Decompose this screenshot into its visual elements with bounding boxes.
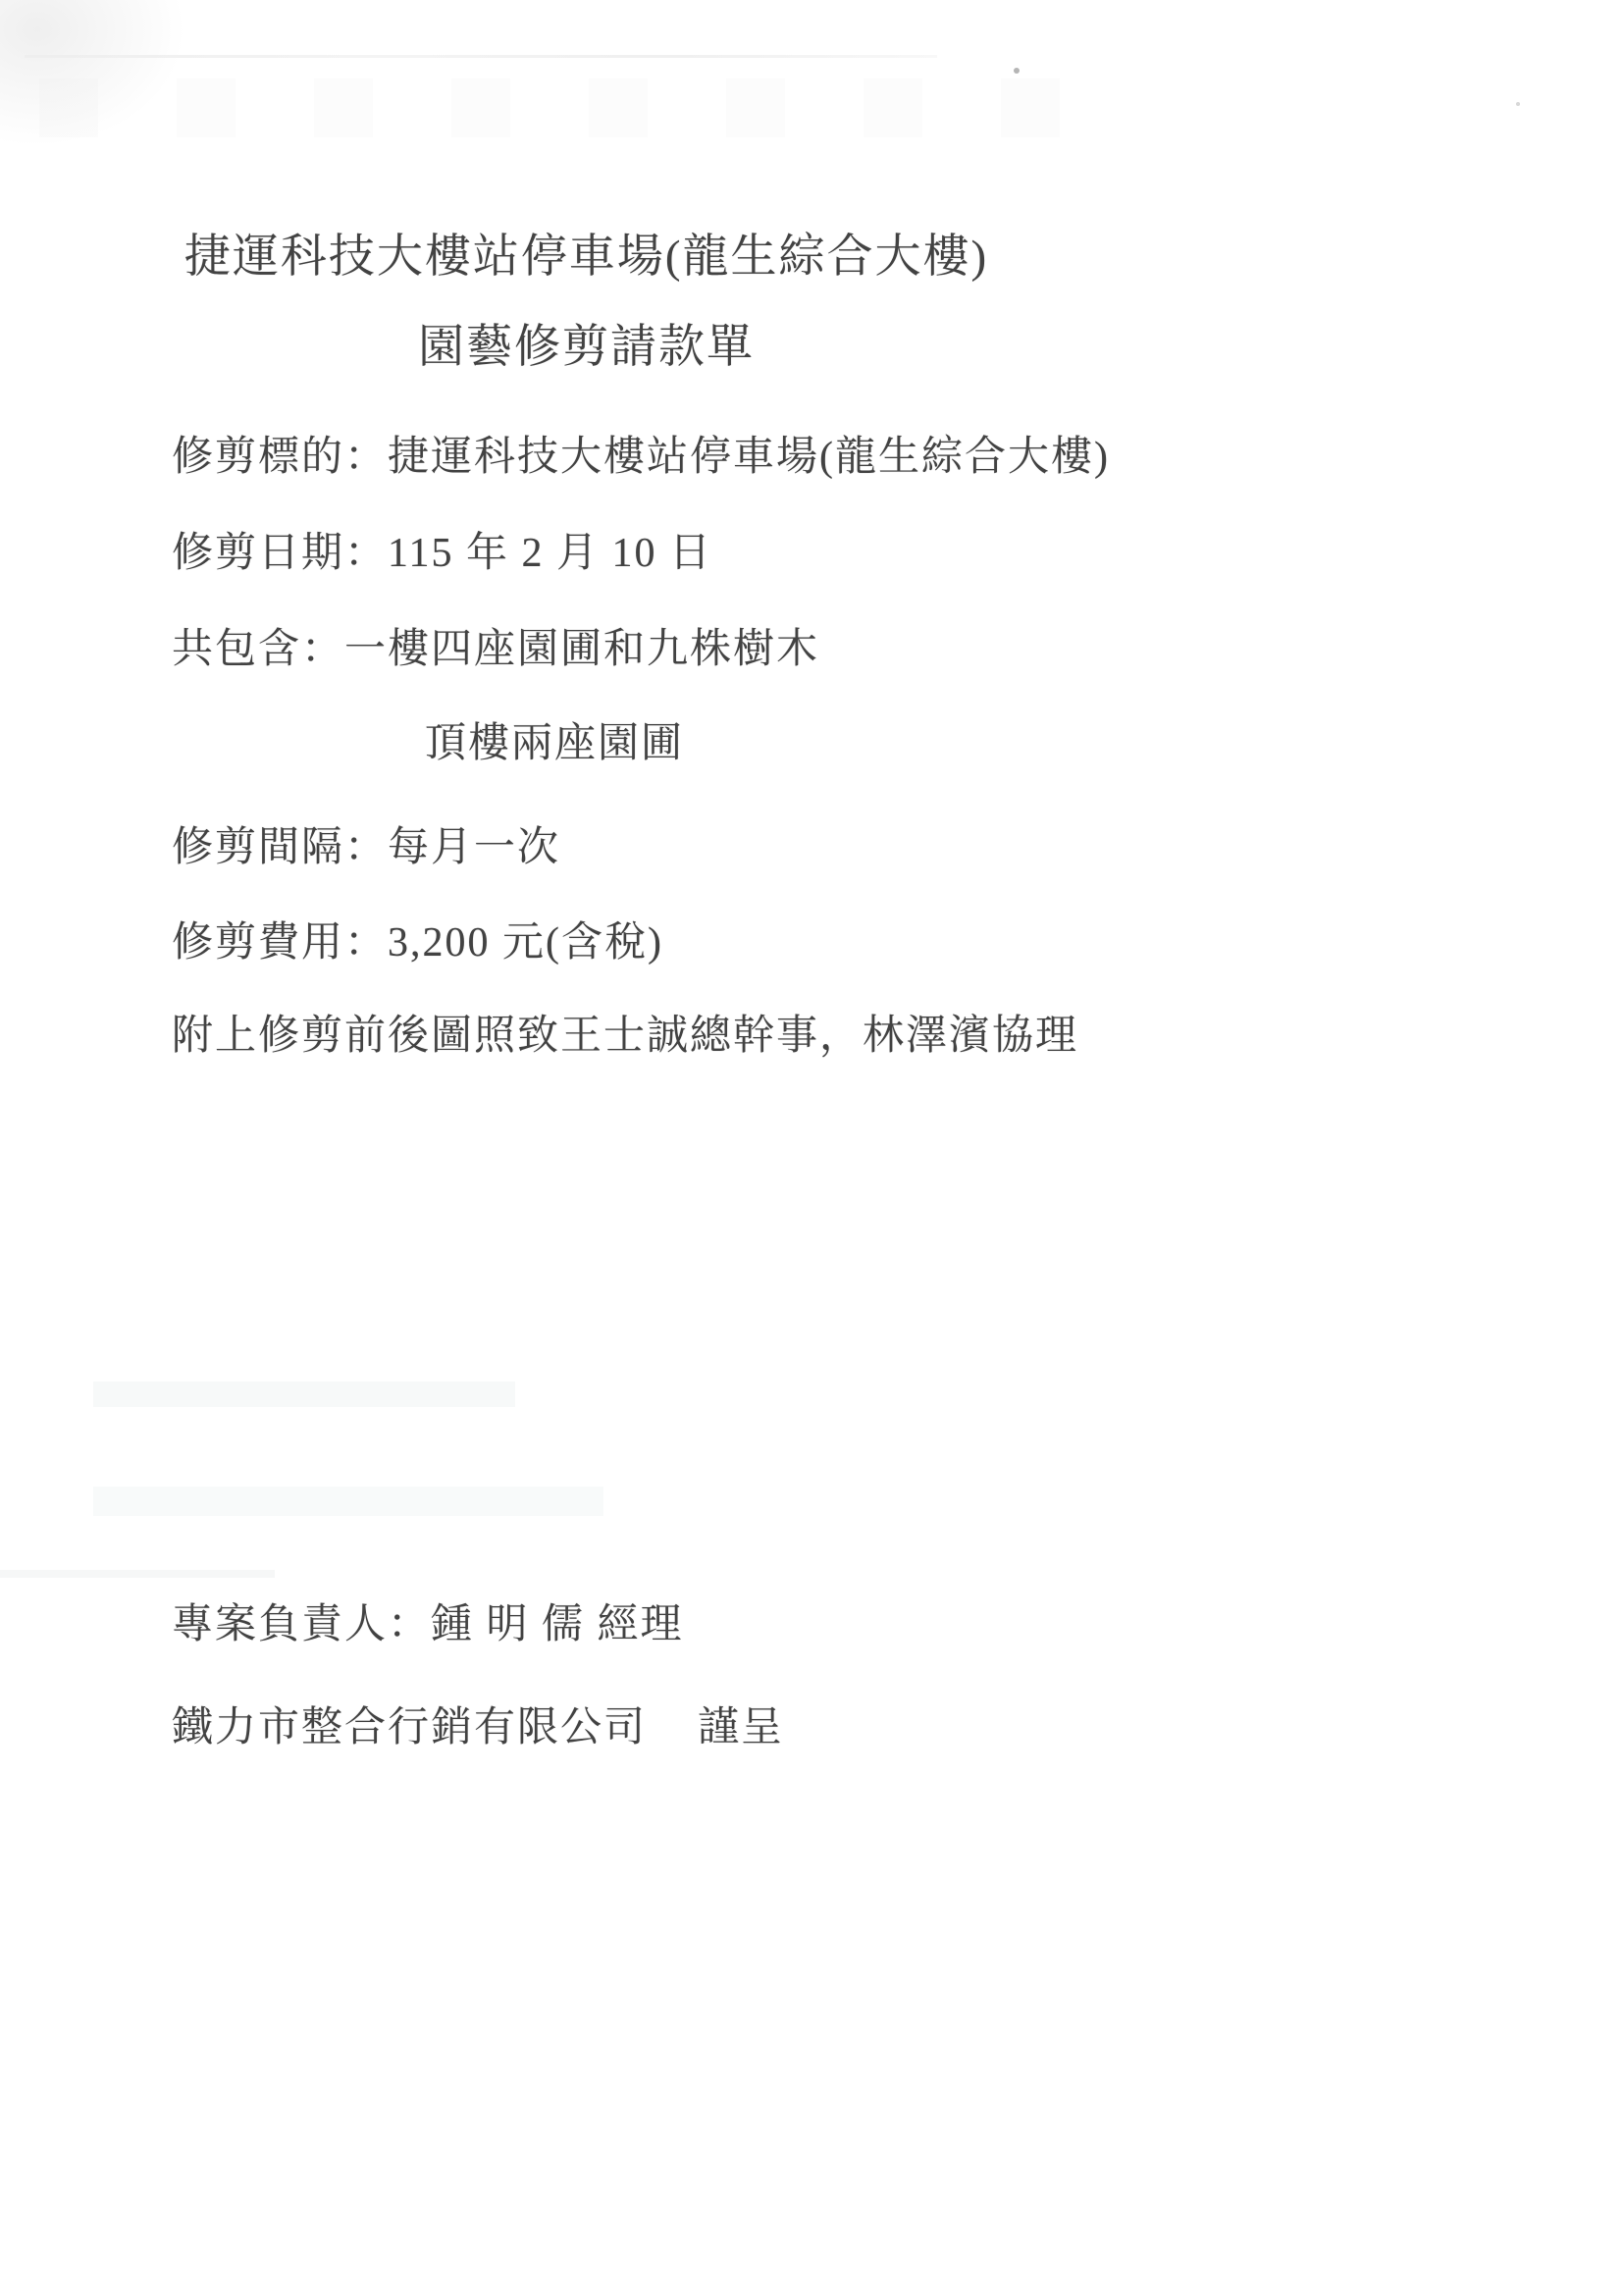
closing-phrase: 謹呈	[698, 1705, 784, 1750]
field-label: 共包含：	[172, 627, 344, 672]
field-value: 一樓四座園圃和九株樹木	[344, 627, 819, 672]
field-interval: 修剪間隔：每月一次	[172, 814, 560, 873]
signature-company-line: 鐵力市整合行銷有限公司謹呈	[172, 1695, 784, 1753]
document-title-line2: 園藝修剪請款單	[172, 310, 1001, 376]
manager-name: 鍾 明 儒 經理	[431, 1602, 684, 1647]
field-trim-target: 修剪標的：捷運科技大樓站停車場(龍生綜合大樓)	[172, 424, 1110, 483]
field-value: 頂樓兩座園圃	[425, 721, 684, 766]
scan-artifact-corner	[0, 0, 186, 147]
field-label: 修剪標的：	[172, 435, 388, 480]
company-name: 鐵力市整合行銷有限公司	[172, 1705, 647, 1750]
scan-artifact-band	[0, 1570, 275, 1578]
field-value: 3,200 元(含稅)	[388, 920, 663, 965]
document-title-line1: 捷運科技大樓站停車場(龍生綜合大樓)	[172, 220, 1001, 286]
signature-manager-line: 專案負責人：鍾 明 儒 經理	[172, 1592, 684, 1650]
manager-label: 專案負責人：	[172, 1602, 431, 1647]
note-text: 附上修剪前後圖照致王士誠總幹事，林澤濱協理	[172, 1014, 1078, 1059]
scan-artifact-speck	[1014, 68, 1020, 74]
field-scope-continued: 頂樓兩座園圃	[172, 710, 684, 769]
note-line: 附上修剪前後圖照致王士誠總幹事，林澤濱協理	[172, 1003, 1078, 1062]
field-value: 115 年 2 月 10 日	[388, 531, 712, 576]
scan-artifact-streak	[25, 55, 937, 58]
scan-artifact-band	[93, 1382, 515, 1407]
field-label: 修剪日期：	[172, 531, 388, 576]
scan-artifact-texture	[39, 78, 1119, 137]
scanned-invoice-page: 捷運科技大樓站停車場(龍生綜合大樓) 園藝修剪請款單 修剪標的：捷運科技大樓站停…	[0, 0, 1623, 2296]
field-label: 修剪費用：	[172, 920, 388, 965]
field-scope: 共包含：一樓四座園圃和九株樹木	[172, 616, 819, 675]
field-fee: 修剪費用：3,200 元(含稅)	[172, 910, 663, 968]
field-value: 捷運科技大樓站停車場(龍生綜合大樓)	[388, 435, 1110, 480]
scan-artifact-band	[93, 1487, 603, 1516]
field-trim-date: 修剪日期：115 年 2 月 10 日	[172, 520, 712, 579]
field-label: 修剪間隔：	[172, 825, 388, 870]
scan-artifact-speck	[1516, 102, 1520, 106]
field-value: 每月一次	[388, 825, 560, 870]
